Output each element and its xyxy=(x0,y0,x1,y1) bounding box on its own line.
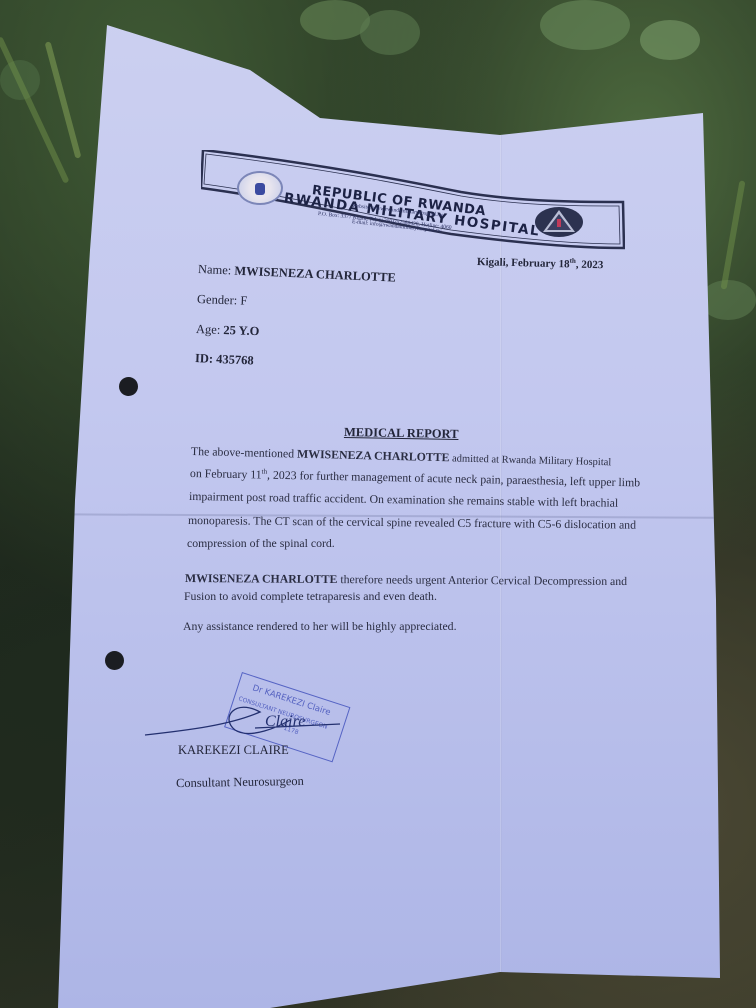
patient-age: 25 Y.O xyxy=(223,323,259,338)
rmh-triangle-emblem-icon xyxy=(535,207,583,237)
punch-hole xyxy=(119,377,138,396)
rwanda-coat-of-arms-icon xyxy=(237,171,283,205)
patient-gender-row: Gender: F xyxy=(197,292,248,309)
patient-gender: F xyxy=(240,294,247,308)
patient-age-row: Age: 25 Y.O xyxy=(196,322,260,339)
report-line: Fusion to avoid complete tetraparesis an… xyxy=(184,589,437,604)
report-line: compression of the spinal cord. xyxy=(187,536,335,551)
age-label: Age: xyxy=(196,322,221,337)
name-label: Name: xyxy=(198,262,232,277)
report-title: MEDICAL REPORT xyxy=(344,425,459,442)
signatory-name: KAREKEZI CLAIRE xyxy=(178,743,289,758)
svg-text:Claire: Claire xyxy=(265,713,305,730)
report-closing: Any assistance rendered to her will be h… xyxy=(183,619,457,634)
punch-hole xyxy=(105,651,124,670)
report-line: MWISENEZA CHARLOTTE therefore needs urge… xyxy=(185,571,627,589)
gender-label: Gender: xyxy=(197,292,238,307)
patient-id-row: ID: 435768 xyxy=(195,351,254,369)
handwritten-signature: Claire xyxy=(140,690,350,750)
signatory-title: Consultant Neurosurgeon xyxy=(176,774,304,791)
patient-id: 435768 xyxy=(216,352,254,368)
id-label: ID: xyxy=(195,351,214,366)
